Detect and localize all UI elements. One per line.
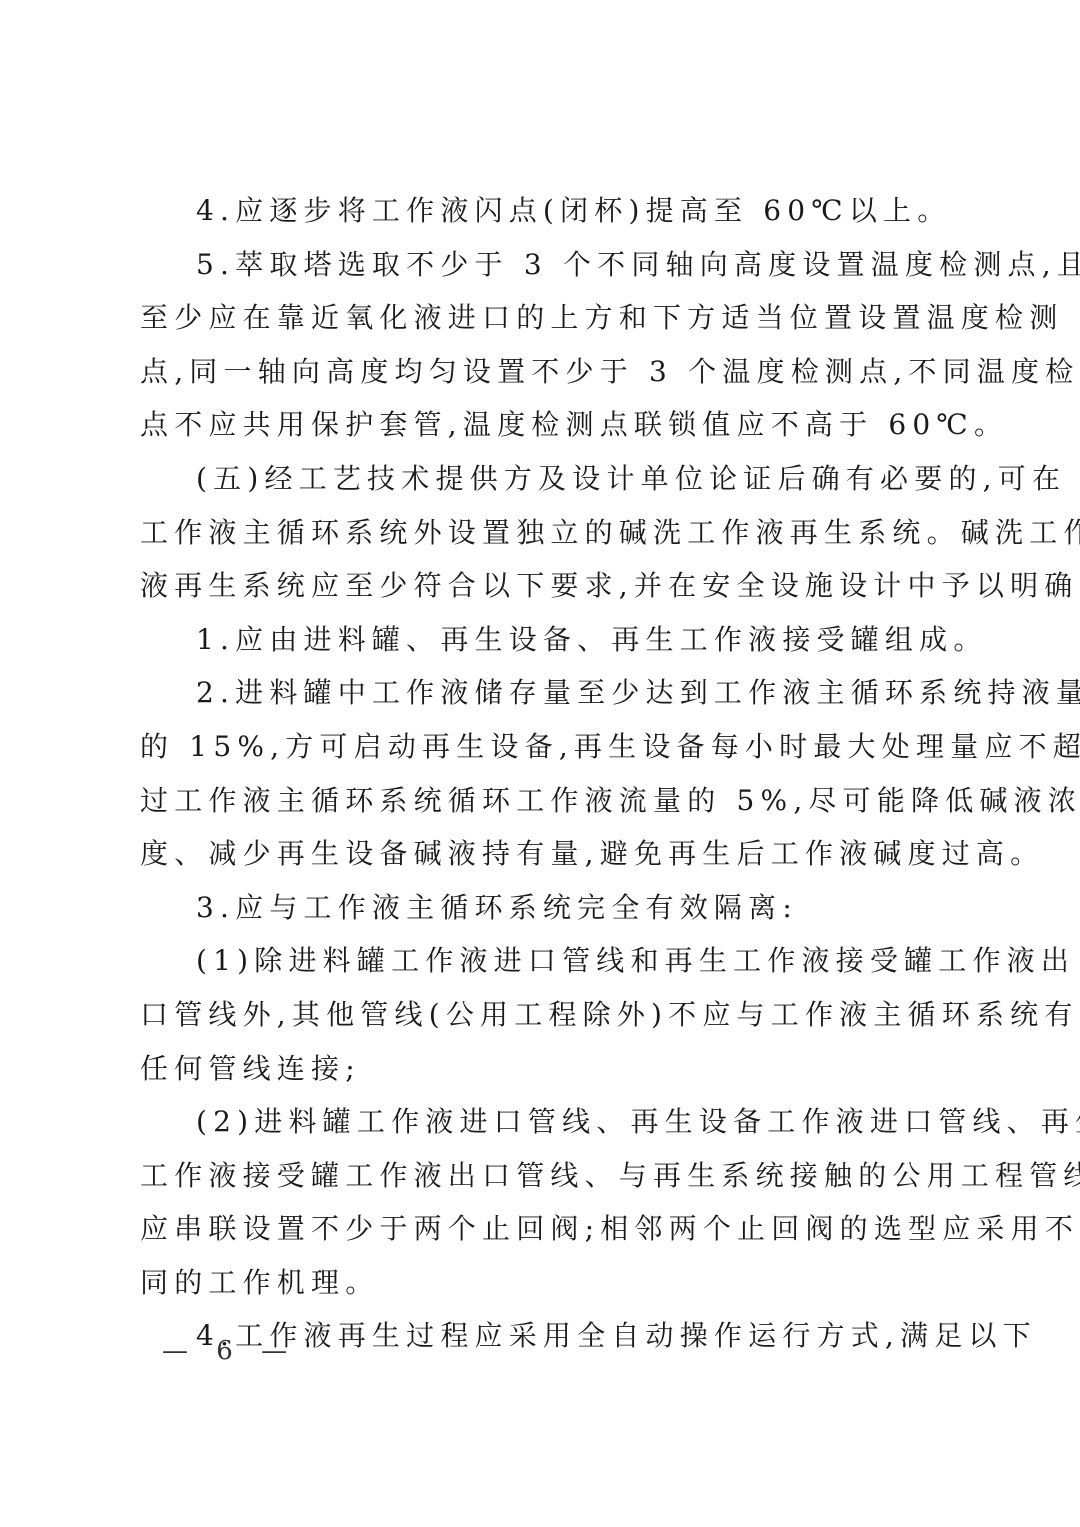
text-line: 1.应由进料罐、再生设备、再生工作液接受罐组成。: [140, 619, 940, 673]
text-line: 4.应逐步将工作液闪点(闭杯)提高至 60℃以上。: [140, 190, 940, 244]
text-line: 度、减少再生设备碱液持有量,避免再生后工作液碱度过高。: [140, 833, 940, 887]
text-line: 3.应与工作液主循环系统完全有效隔离:: [140, 887, 940, 941]
text-line: 同的工作机理。: [140, 1262, 940, 1316]
text-line: 点不应共用保护套管,温度检测点联锁值应不高于 60℃。: [140, 404, 940, 458]
text-line: 过工作液主循环系统循环工作液流量的 5%,尽可能降低碱液浓: [140, 780, 940, 834]
text-line: (五)经工艺技术提供方及设计单位论证后确有必要的,可在: [140, 458, 940, 512]
text-line: 至少应在靠近氧化液进口的上方和下方适当位置设置温度检测: [140, 297, 940, 351]
document-body: 4.应逐步将工作液闪点(闭杯)提高至 60℃以上。 5.萃取塔选取不少于 3 个…: [140, 190, 940, 1369]
text-line: 点,同一轴向高度均匀设置不少于 3 个温度检测点,不同温度检测: [140, 351, 940, 405]
text-line: (1)除进料罐工作液进口管线和再生工作液接受罐工作液出: [140, 940, 940, 994]
text-line: 工作液接受罐工作液出口管线、与再生系统接触的公用工程管线: [140, 1155, 940, 1209]
page-number: — 6 —: [162, 1336, 297, 1366]
text-line: 应串联设置不少于两个止回阀;相邻两个止回阀的选型应采用不: [140, 1208, 940, 1262]
text-line: 口管线外,其他管线(公用工程除外)不应与工作液主循环系统有: [140, 994, 940, 1048]
text-line: 2.进料罐中工作液储存量至少达到工作液主循环系统持液量: [140, 672, 940, 726]
text-line: 工作液主循环系统外设置独立的碱洗工作液再生系统。碱洗工作: [140, 512, 940, 566]
text-line: 的 15%,方可启动再生设备,再生设备每小时最大处理量应不超: [140, 726, 940, 780]
text-line: 5.萃取塔选取不少于 3 个不同轴向高度设置温度检测点,且: [140, 244, 940, 298]
text-line: 任何管线连接;: [140, 1048, 940, 1102]
text-line: (2)进料罐工作液进口管线、再生设备工作液进口管线、再生: [140, 1101, 940, 1155]
document-page: 4.应逐步将工作液闪点(闭杯)提高至 60℃以上。 5.萃取塔选取不少于 3 个…: [0, 0, 1080, 1527]
text-line: 液再生系统应至少符合以下要求,并在安全设施设计中予以明确:: [140, 565, 940, 619]
